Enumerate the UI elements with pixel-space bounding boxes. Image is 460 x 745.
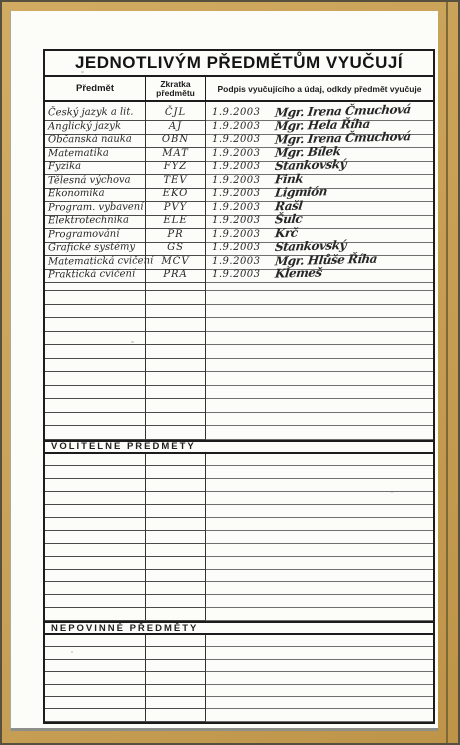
abbr-cell	[146, 518, 206, 531]
table-title-band: JEDNOTLIVÝM PŘEDMĚTŮM VYUČUJÍ	[45, 51, 433, 77]
signature-cell	[206, 466, 433, 479]
subject-cell	[45, 372, 146, 386]
abbr-cell	[146, 608, 206, 621]
signature-cell	[206, 660, 433, 672]
signature-cell	[206, 332, 433, 346]
abbr-cell	[146, 318, 206, 332]
abbr-cell	[146, 386, 206, 400]
abbr-cell	[146, 492, 206, 505]
abbr-cell	[146, 709, 206, 721]
signature-cell	[206, 557, 433, 570]
table-header-row: Předmět Zkratka předmětu Podpis vyučujíc…	[45, 77, 433, 102]
subject-cell	[45, 318, 146, 332]
abbr-cell	[146, 647, 206, 659]
abbr-cell	[146, 305, 206, 319]
abbr-cell	[146, 479, 206, 492]
optional-subjects-label: VOLITELNÉ PŘEDMĚTY	[51, 441, 196, 452]
subject-cell	[45, 647, 146, 659]
subject-cell	[45, 332, 146, 346]
abbr-cell	[146, 697, 206, 709]
table-row: Český jazyk a lit.ČJL1.9.2003Mgr. Irena …	[45, 102, 433, 116]
subject-cell	[45, 479, 146, 492]
table-row	[45, 660, 433, 672]
column-header-subject: Předmět	[45, 77, 146, 100]
signature-cell	[206, 685, 433, 697]
subject-cell	[45, 386, 146, 400]
signature-cell	[206, 479, 433, 492]
table-row: MatematikaMAT1.9.2003Mgr. Bílek	[45, 143, 433, 157]
subject-cell	[45, 345, 146, 359]
subject-cell	[45, 635, 146, 647]
table-row	[45, 608, 433, 621]
main-subjects-rows: Český jazyk a lit.ČJL1.9.2003Mgr. Irena …	[45, 102, 433, 440]
subject-cell	[45, 697, 146, 709]
signature-cell	[206, 454, 433, 467]
table-row	[45, 318, 433, 332]
abbr-cell	[146, 291, 206, 305]
abbr-cell	[146, 345, 206, 359]
abbr-cell	[146, 359, 206, 373]
table-row	[45, 345, 433, 359]
signature-cell	[206, 413, 433, 427]
table-row	[45, 647, 433, 659]
signature-cell	[206, 318, 433, 332]
column-header-signature: Podpis vyučujícího a údaj, odkdy předmět…	[206, 77, 433, 100]
table-row	[45, 672, 433, 684]
signature-cell	[206, 518, 433, 531]
subject-cell	[45, 291, 146, 305]
table-row	[45, 582, 433, 595]
table-row	[45, 570, 433, 583]
table-row: ElektrotechnikaELE1.9.2003Šulc	[45, 210, 433, 224]
table-row	[45, 454, 433, 467]
subject-cell	[45, 608, 146, 621]
table-row	[45, 505, 433, 518]
abbr-cell	[146, 544, 206, 557]
table-row	[45, 544, 433, 557]
subject-cell	[45, 466, 146, 479]
signature-cell	[206, 291, 433, 305]
abbr-cell	[146, 413, 206, 427]
abbr-cell	[146, 372, 206, 386]
subject-cell	[45, 685, 146, 697]
signature-cell	[206, 505, 433, 518]
signature-cell	[206, 372, 433, 386]
table-row: Matematická cvičeníMCV1.9.2003Mgr. Hlůše…	[45, 251, 433, 265]
subject-cell	[45, 582, 146, 595]
table-row	[45, 278, 433, 292]
table-row: Praktická cvičeníPRA1.9.2003Klemeš	[45, 264, 433, 278]
table-row	[45, 709, 433, 721]
subject-cell	[45, 709, 146, 721]
signature-cell	[206, 635, 433, 647]
signature-cell	[206, 544, 433, 557]
subject-cell	[45, 278, 146, 292]
table-row	[45, 685, 433, 697]
abbr-cell	[146, 466, 206, 479]
table-row	[45, 399, 433, 413]
table-row	[45, 492, 433, 505]
noncompulsory-subjects-label: NEPOVINNÉ PŘEDMĚTY	[51, 623, 198, 634]
abbr-cell	[146, 454, 206, 467]
table-row	[45, 479, 433, 492]
table-row: Program. vybaveníPVY1.9.2003Rašl	[45, 197, 433, 211]
signature-cell	[206, 359, 433, 373]
subject-cell	[45, 660, 146, 672]
signature-cell	[206, 697, 433, 709]
abbr-cell	[146, 531, 206, 544]
noncompulsory-subjects-band: NEPOVINNÉ PŘEDMĚTY	[45, 621, 433, 635]
table-row	[45, 595, 433, 608]
signature-cell	[206, 386, 433, 400]
subject-cell	[45, 518, 146, 531]
signature-cell	[206, 672, 433, 684]
signature-cell	[206, 399, 433, 413]
column-header-abbreviation: Zkratka předmětu	[146, 77, 206, 100]
table-row	[45, 359, 433, 373]
subject-cell	[45, 399, 146, 413]
subject-cell	[45, 672, 146, 684]
abbr-cell	[146, 399, 206, 413]
abbr-cell	[146, 595, 206, 608]
abbr-cell	[146, 505, 206, 518]
signature-cell	[206, 492, 433, 505]
subject-cell	[45, 413, 146, 427]
frame-edge-line	[446, 2, 448, 743]
table-row: FyzikaFYZ1.9.2003Stankovský	[45, 156, 433, 170]
table-row	[45, 531, 433, 544]
scanned-page: JEDNOTLIVÝM PŘEDMĚTŮM VYUČUJÍ Předmět Zk…	[0, 0, 460, 745]
subject-cell	[45, 595, 146, 608]
table-row: EkonomikaEKO1.9.2003Ligmión	[45, 183, 433, 197]
abbr-cell	[146, 426, 206, 440]
table-row	[45, 413, 433, 427]
signature-cell	[206, 647, 433, 659]
table-row	[45, 291, 433, 305]
signature-cell	[206, 570, 433, 583]
signature-cell	[206, 305, 433, 319]
table-row	[45, 466, 433, 479]
abbr-cell	[146, 570, 206, 583]
subject-cell	[45, 305, 146, 319]
subject-cell	[45, 505, 146, 518]
table-row	[45, 386, 433, 400]
subject-cell	[45, 531, 146, 544]
subject-cell	[45, 454, 146, 467]
abbr-cell	[146, 660, 206, 672]
abbr-cell	[146, 582, 206, 595]
abbr-cell	[146, 332, 206, 346]
signature-cell	[206, 345, 433, 359]
table-row	[45, 518, 433, 531]
table-row	[45, 332, 433, 346]
signature-cell	[206, 595, 433, 608]
subject-cell	[45, 570, 146, 583]
abbr-cell	[146, 278, 206, 292]
abbr-cell	[146, 685, 206, 697]
table-row: Tělesná výchovaTEV1.9.2003Fink	[45, 170, 433, 184]
table-row: ProgramováníPR1.9.2003Krč	[45, 224, 433, 238]
signature-cell	[206, 531, 433, 544]
subject-cell	[45, 426, 146, 440]
table-row: Anglický jazykAJ1.9.2003Mgr. Hela Říha	[45, 116, 433, 130]
signature-cell	[206, 608, 433, 621]
page-title: JEDNOTLIVÝM PŘEDMĚTŮM VYUČUJÍ	[75, 53, 403, 73]
subject-cell	[45, 544, 146, 557]
table-row	[45, 697, 433, 709]
table-row	[45, 426, 433, 440]
table-row	[45, 557, 433, 570]
subject-cell	[45, 557, 146, 570]
table-row: Grafické systémyGS1.9.2003Stankovský	[45, 237, 433, 251]
table-row	[45, 635, 433, 647]
optional-subjects-rows	[45, 454, 433, 622]
table-row	[45, 305, 433, 319]
abbr-cell	[146, 672, 206, 684]
subject-cell	[45, 492, 146, 505]
signature-cell	[206, 426, 433, 440]
signature-cell	[206, 278, 433, 292]
signature-cell	[206, 582, 433, 595]
table-row: Občanská naukaOBN1.9.2003Mgr. Irena Čmuc…	[45, 129, 433, 143]
subject-cell	[45, 359, 146, 373]
table-row	[45, 372, 433, 386]
signature-cell	[206, 709, 433, 721]
optional-subjects-band: VOLITELNÉ PŘEDMĚTY	[45, 440, 433, 454]
abbr-cell	[146, 557, 206, 570]
noncompulsory-subjects-rows	[45, 635, 433, 722]
abbr-cell	[146, 635, 206, 647]
subjects-table: JEDNOTLIVÝM PŘEDMĚTŮM VYUČUJÍ Předmět Zk…	[43, 49, 435, 724]
